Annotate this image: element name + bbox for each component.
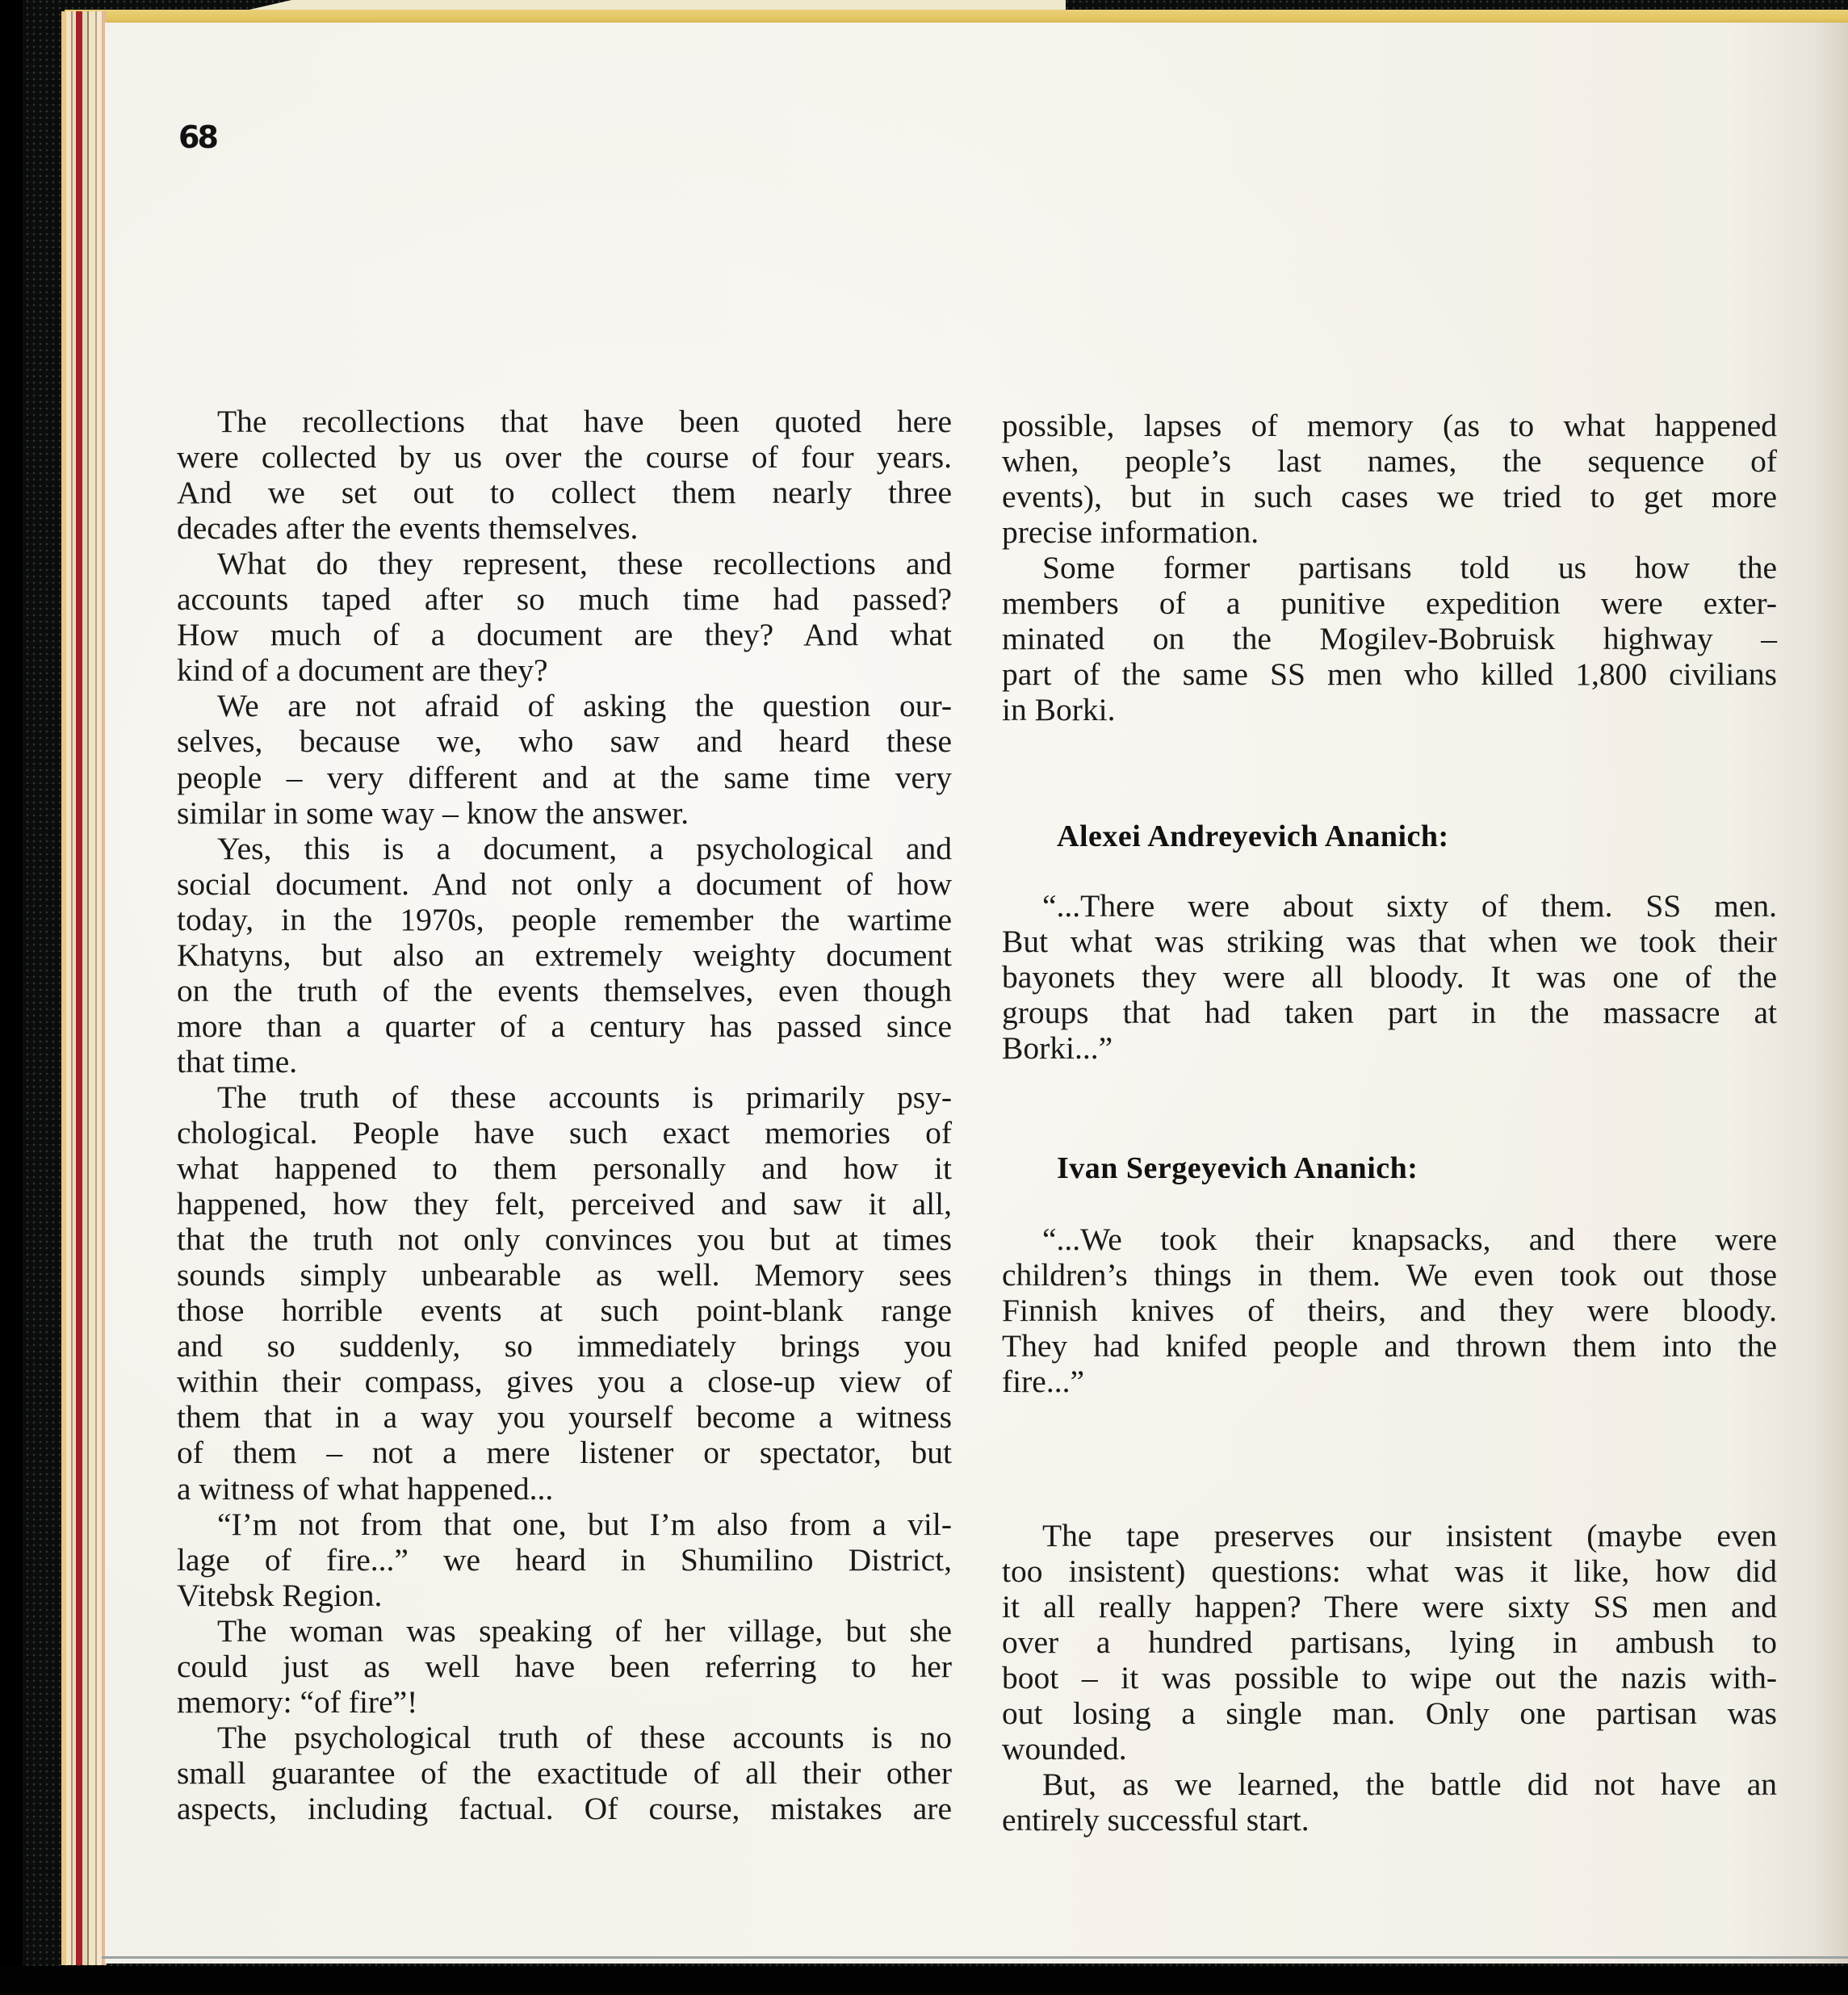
text-line: of them – not a mere listener or spectat… [177,1435,952,1470]
text-line: over a hundred partisans, lying in ambus… [1002,1624,1777,1660]
page-top-edge [65,10,1848,23]
text-line: The recollections that have been quoted … [217,404,952,439]
text-line: members of a punitive expedition were ex… [1002,585,1777,621]
text-line: “...We took their knapsacks, and there w… [1042,1222,1777,1257]
text-line: They had knifed people and thrown them i… [1002,1328,1777,1364]
text-line: it all really happen? There were sixty S… [1002,1589,1777,1624]
text-line: Borki...” [1002,1030,1777,1066]
text-line: minated on the Mogilev-Bobruisk highway … [1002,621,1777,656]
text-line: wounded. [1002,1731,1777,1767]
text-line: today, in the 1970s, people remember the… [177,902,952,937]
text-line: groups that had taken part in the massac… [1002,995,1777,1030]
text-line: memory: “of fire”! [177,1684,952,1720]
page-number: 68 [178,119,216,155]
text-line: similar in some way – know the answer. [177,795,952,831]
text-line: We are not afraid of asking the question… [217,688,952,723]
text-line: more than a quarter of a century has pas… [177,1008,952,1044]
text-line: those horrible events at such point-blan… [177,1293,952,1328]
text-line: lage of fire...” we heard in Shumilino D… [177,1542,952,1578]
text-line: Vitebsk Region. [177,1578,952,1613]
text-line: in Borki. [1002,692,1777,727]
text-line: Finnish knives of theirs, and they were … [1002,1293,1777,1328]
text-line: that the truth not only convinces you bu… [177,1222,952,1257]
text-line: possible, lapses of memory (as to what h… [1002,408,1777,443]
cover-shadow [0,0,23,1995]
text-line: too insistent) questions: what was it li… [1002,1553,1777,1589]
text-line: “...There were about sixty of them. SS m… [1042,888,1777,924]
text-line: could just as well have been referring t… [177,1649,952,1684]
text-line: But what was striking was that when we t… [1002,924,1777,959]
speaker-heading: Ivan Sergeyevich Ananich: [1057,1150,1418,1186]
text-line: “I’m not from that one, but I’m also fro… [217,1507,952,1542]
text-line: What do they represent, these recollecti… [217,546,952,581]
text-line: Yes, this is a document, a psychological… [217,831,952,866]
text-line: what happened to them personally and how… [177,1150,952,1186]
text-line: within their compass, gives you a close-… [177,1364,952,1399]
text-line: And we set out to collect them nearly th… [177,475,952,510]
text-line: part of the same SS men who killed 1,800… [1002,656,1777,692]
text-line: Some former partisans told us how the [1042,550,1777,585]
text-line: small guarantee of the exactitude of all… [177,1755,952,1791]
text-line: The psychological truth of these account… [217,1720,952,1755]
text-line: fire...” [1002,1364,1777,1399]
text-line: them that in a way you yourself become a… [177,1399,952,1435]
text-line: bayonets they were all bloody. It was on… [1002,959,1777,995]
text-line: that time. [177,1044,952,1079]
text-line: and so suddenly, so immediately brings y… [177,1328,952,1364]
text-line: precise information. [1002,514,1777,550]
text-line: children’s things in them. We even took … [1002,1257,1777,1293]
text-line: were collected by us over the course of … [177,439,952,475]
speaker-heading: Alexei Andreyevich Ananich: [1057,819,1449,854]
text-line: selves, because we, who saw and heard th… [177,723,952,759]
text-line: Khatyns, but also an extremely weighty d… [177,937,952,973]
text-line: events), but in such cases we tried to g… [1002,479,1777,514]
text-line: on the truth of the events themselves, e… [177,973,952,1008]
page-bottom-edge [102,1956,1848,1959]
page-stack-edges [61,11,107,1965]
text-line: when, people’s last names, the sequence … [1002,443,1777,479]
text-line: But, as we learned, the battle did not h… [1042,1767,1777,1802]
text-line: people – very different and at the same … [177,760,952,795]
text-line: chological. People have such exact memor… [177,1115,952,1150]
text-line: How much of a document are they? And wha… [177,617,952,652]
text-line: out losing a single man. Only one partis… [1002,1695,1777,1731]
text-line: boot – it was possible to wipe out the n… [1002,1660,1777,1695]
text-line: a witness of what happened... [177,1471,952,1507]
text-line: kind of a document are they? [177,652,952,688]
text-line: social document. And not only a document… [177,866,952,902]
text-line: The woman was speaking of her village, b… [217,1613,952,1649]
text-line: The truth of these accounts is primarily… [217,1079,952,1115]
text-line: The tape preserves our insistent (maybe … [1042,1518,1777,1553]
text-line: accounts taped after so much time had pa… [177,581,952,617]
cover-shadow-bottom [0,1966,1848,1995]
text-line: decades after the events themselves. [177,510,952,546]
text-line: entirely successful start. [1002,1802,1777,1838]
text-line: aspects, including factual. Of course, m… [177,1791,952,1826]
text-line: happened, how they felt, perceived and s… [177,1186,952,1222]
text-line: sounds simply unbearable as well. Memory… [177,1257,952,1293]
